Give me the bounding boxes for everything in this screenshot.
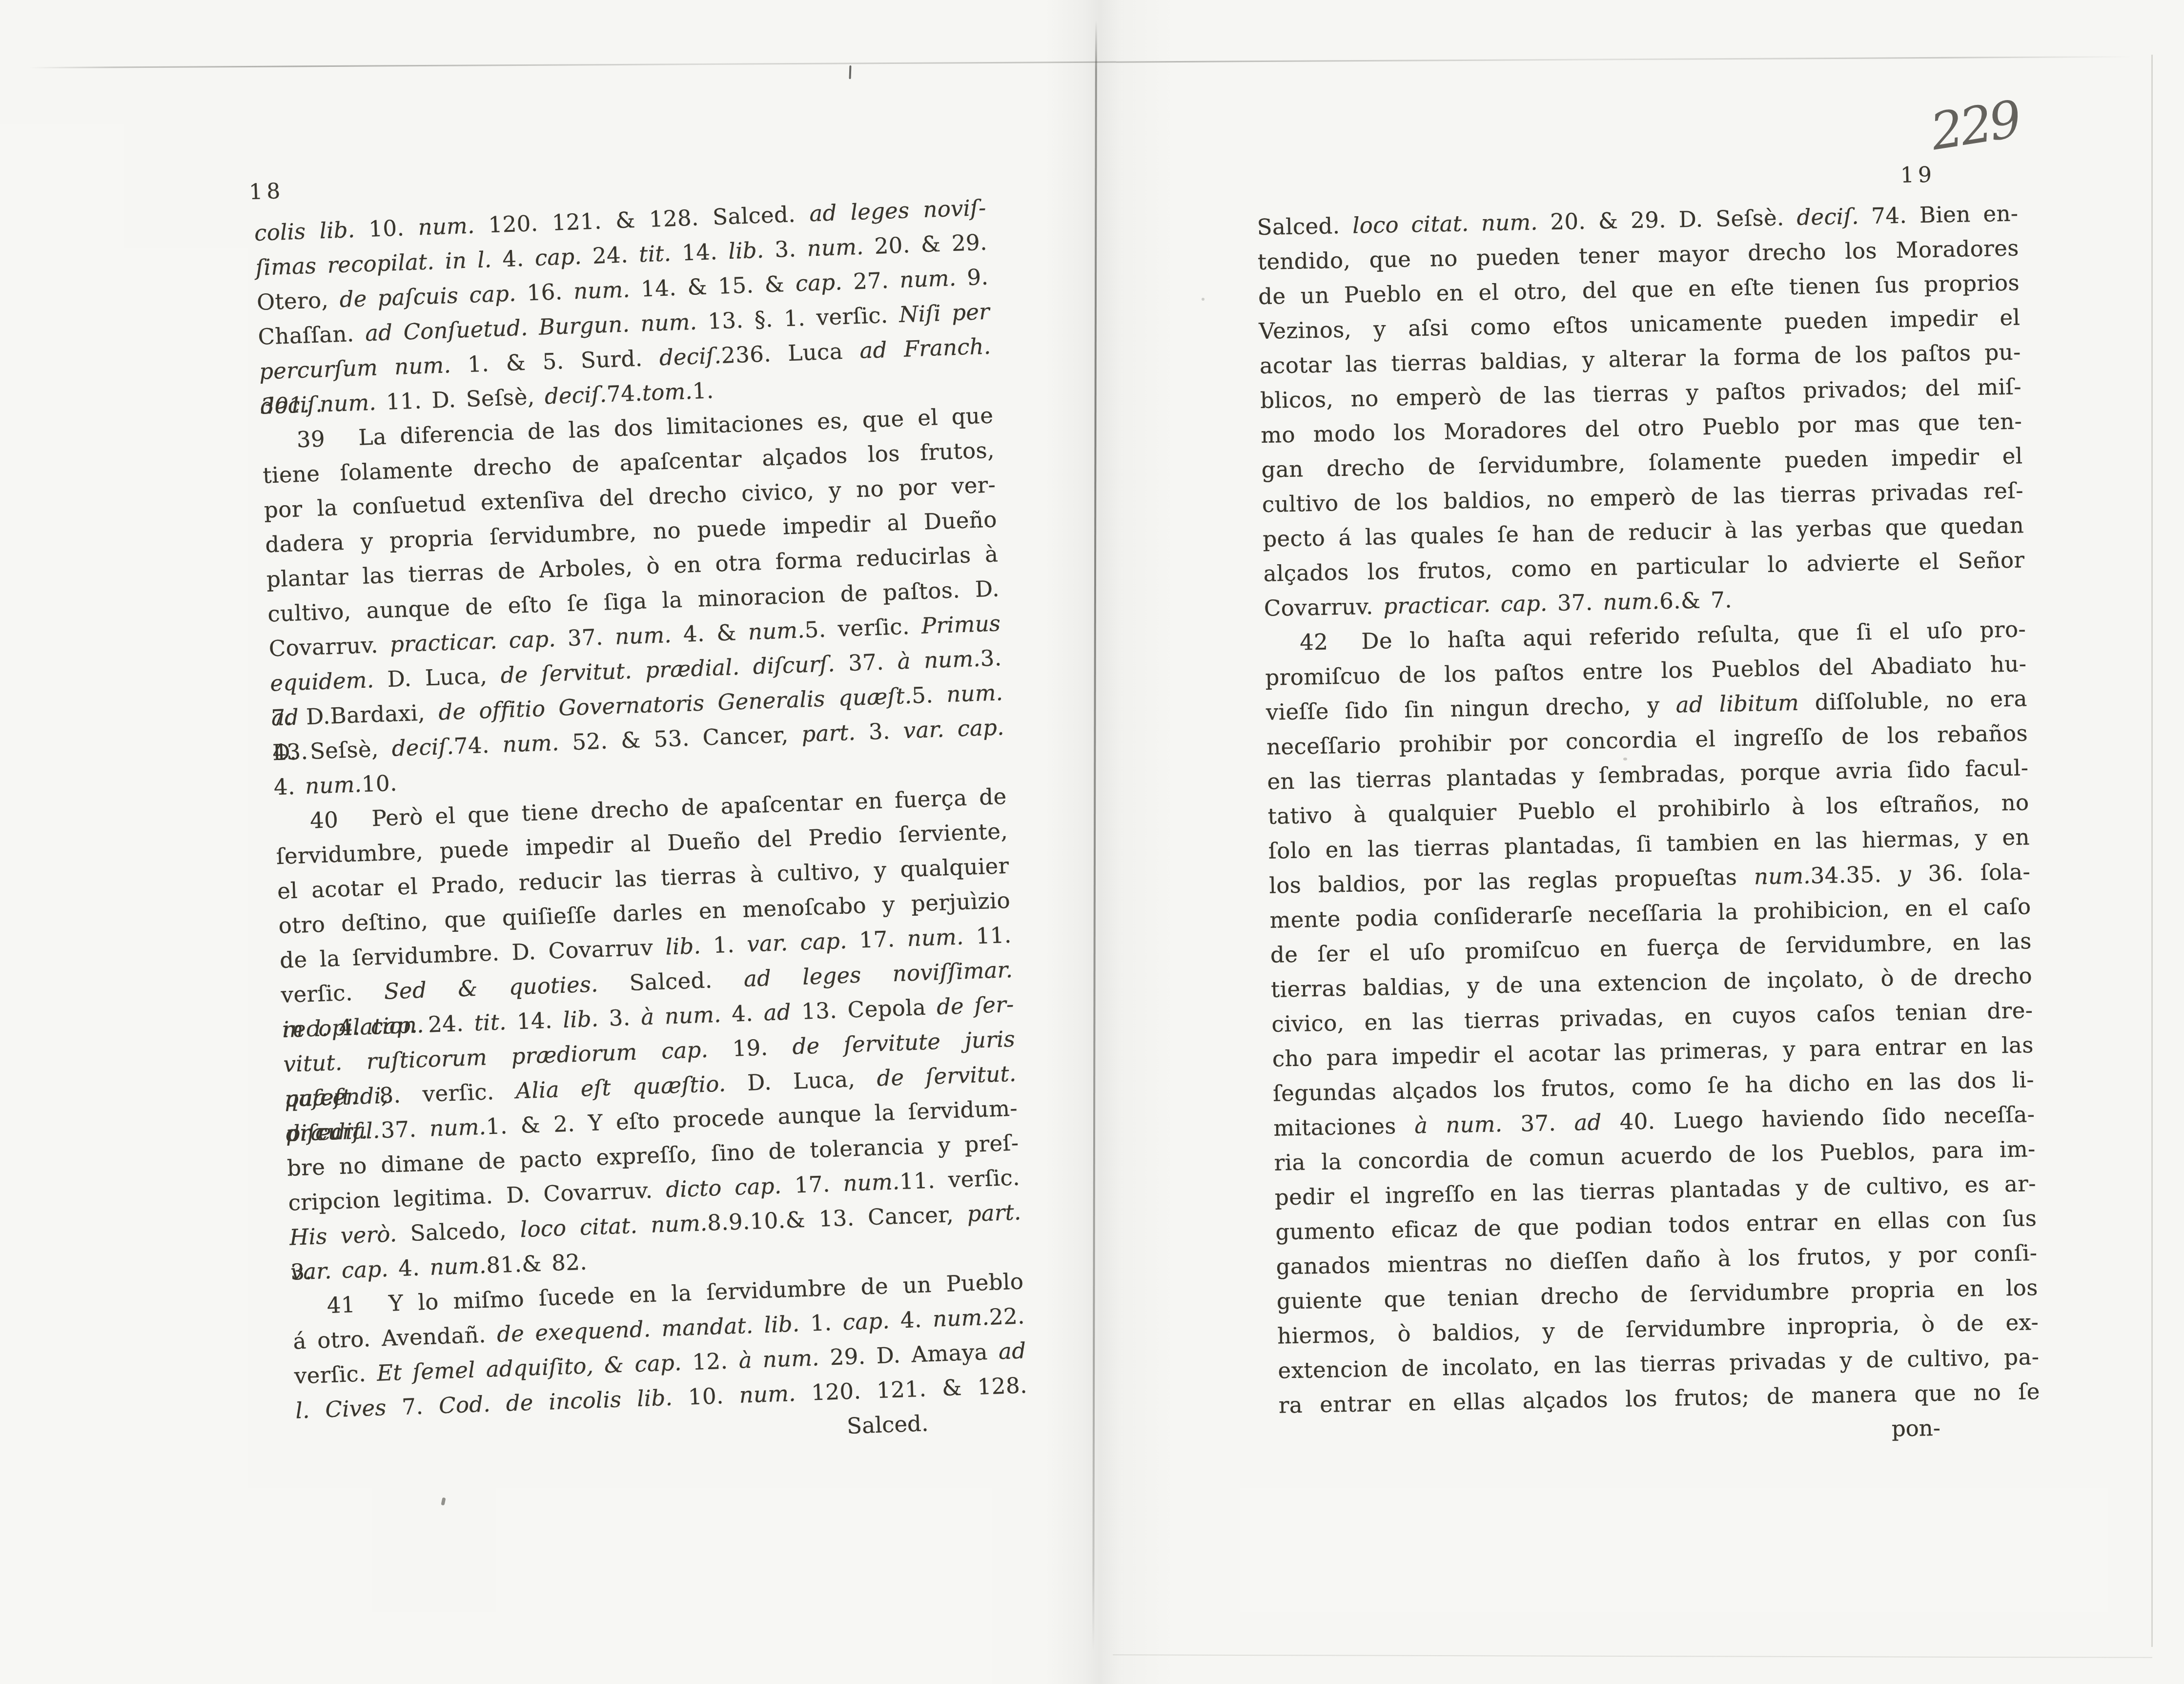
text-segment: l. Cives [295, 1394, 403, 1424]
text-segment: 4. [273, 773, 306, 800]
text-segment: 120. 121. & 128. [811, 1372, 1027, 1405]
text-segment: à num. [1414, 1110, 1521, 1138]
text-segment: 4. [398, 1254, 430, 1281]
text-segment: num. [807, 233, 875, 262]
text-segment: 74. [453, 732, 503, 759]
text-segment: mitaciones [1273, 1112, 1415, 1141]
text-segment: Otero, [256, 287, 340, 315]
text-segment: 10. [688, 1382, 740, 1410]
text-segment: 17. [859, 925, 908, 953]
text-segment: 74. [606, 380, 643, 407]
text-segment: 11. D. Seſsè, [386, 383, 545, 414]
text-segment: 14. [681, 238, 729, 266]
text-segment: colis lib. [254, 216, 369, 246]
text-segment: à num. [640, 1001, 732, 1030]
text-segment: Cod. de incolis lib. [438, 1384, 688, 1418]
text-segment: lib. [665, 932, 714, 960]
text-segment: 4. [338, 1014, 371, 1041]
page-number-right: 19 [1900, 163, 1936, 188]
text-segment: 37. [381, 1116, 430, 1143]
text-segment: 27. [853, 267, 900, 294]
text-segment: ad [998, 1337, 1026, 1364]
text-segment: 81.& 82. [486, 1249, 587, 1278]
text-segment: los baldios, por las reglas propueſtas [1269, 864, 1755, 899]
text-segment: 3. [609, 1004, 641, 1031]
page-number-left: 18 [248, 179, 285, 205]
text-segment: ad leges noviſ- [809, 195, 986, 227]
text-segment: num. [429, 1253, 487, 1280]
text-segment: 7. [401, 1393, 439, 1420]
text-segment: part. [967, 1199, 1021, 1227]
text-segment: num. [1754, 863, 1811, 889]
right-text-block: Salced. loco citat. num. 20. & 29. D. Se… [1257, 196, 2040, 1422]
text-segment: 7. D.Bardaxi, [271, 699, 439, 731]
text-segment: 17. [794, 1171, 843, 1198]
text-segment: 14. & 15. & [640, 270, 796, 302]
right-page-edge-line [2151, 55, 2153, 1647]
text-segment: num. [899, 265, 968, 293]
text-segment: diſcurſ. [286, 1117, 382, 1147]
text-segment: 20. & 29. [874, 229, 988, 259]
text-segment: 1. & 5. Surd. [467, 345, 660, 377]
text-segment: vieſſe ſido ſin ningun drecho, y [1265, 692, 1676, 725]
text-segment: deciſ. [544, 381, 607, 409]
text-segment: tit. [638, 240, 682, 267]
text-segment: à num. [738, 1344, 831, 1373]
text-segment: cap. [534, 243, 593, 271]
text-segment: num. [946, 679, 1003, 707]
text-segment: practicar. cap. [1383, 590, 1558, 619]
text-segment: ſimas recopilat. in l. [255, 246, 503, 281]
text-segment: 29. D. Amaya [830, 1338, 999, 1370]
text-segment: lib. [563, 1006, 610, 1033]
left-text-block: colis lib. 10. num. 120. 121. & 128. Sal… [254, 190, 1028, 1428]
text-segment: 6.& 7. [1659, 587, 1733, 614]
text-segment: dicto cap. [665, 1172, 795, 1203]
text-segment: 8.9.10.& 13. Cancer, [707, 1201, 967, 1236]
text-segment: num. [305, 771, 362, 799]
text-segment: verſic. [281, 979, 385, 1008]
text-segment: D. Luca, [387, 662, 501, 692]
text-segment: Alia eſt quæſtio. [515, 1070, 748, 1104]
text-segment: 24. [592, 242, 639, 269]
text-segment: 1. [810, 1309, 843, 1336]
text-segment: num. [502, 729, 572, 758]
text-segment: equidem. [270, 666, 388, 696]
text-segment: ad [1574, 1109, 1620, 1136]
text-segment: 19. [732, 1034, 793, 1062]
text-segment: num. [1603, 588, 1660, 615]
text-segment: Niſi per [898, 299, 990, 328]
text-segment: 5. [911, 681, 947, 708]
text-segment: 24. [428, 1010, 474, 1037]
text-segment: num. [932, 1304, 990, 1332]
text-segment: 4. & [683, 619, 749, 647]
text-segment: Primus [921, 610, 1001, 639]
text-segment: 20. & 29. D. Seſsè. [1550, 205, 1797, 235]
text-segment: var. cap. [903, 714, 1005, 743]
text-segment: 40. Luego haviendo ſido neceſſa- [1619, 1101, 2035, 1135]
text-segment: practicar. cap. [389, 625, 568, 657]
text-segment: in l. [282, 1015, 339, 1043]
text-segment: num. [843, 1169, 900, 1196]
text-segment: 3. [775, 235, 808, 262]
text-segment: cap. [370, 1012, 429, 1040]
page-left: 18 colis lib. 10. num. 120. 121. & 128. … [254, 190, 1029, 1463]
text-segment: de paſcuis cap. [339, 280, 528, 312]
text-segment: percurſum num. [259, 351, 468, 385]
text-segment: 37. [1520, 1109, 1574, 1136]
text-segment: cap. [842, 1307, 901, 1335]
text-segment: 4. [900, 1306, 933, 1333]
text-segment: 37. [1557, 589, 1603, 616]
text-segment: deciſ. [659, 343, 722, 370]
text-segment: num. [614, 621, 684, 650]
text-segment: num. [907, 923, 977, 951]
text-segment: Chaſſan. [258, 320, 366, 350]
text-segment: D. Luca, [747, 1066, 877, 1096]
text-segment: 37. [848, 649, 898, 676]
text-segment: 74. Bien en- [1871, 200, 2019, 229]
text-segment: 1. [692, 377, 714, 404]
text-segment: num. [573, 276, 641, 304]
text-segment: lib. [728, 237, 776, 264]
text-segment: Sed & quoties. [384, 970, 630, 1005]
text-segment: á otro. Avendañ. [293, 1321, 498, 1355]
text-segment: deciſ. [391, 733, 454, 761]
text-segment: tom. [642, 378, 693, 406]
text-segment: 10. [368, 214, 419, 242]
text-segment: 22. [989, 1303, 1025, 1330]
ink-speck [1202, 298, 1204, 301]
text-segment: loco citat. num. [1352, 209, 1551, 238]
text-segment: Salced. [629, 966, 744, 996]
text-segment: Salced. [1257, 212, 1353, 240]
text-segment: Covarruv. [268, 632, 390, 662]
text-segment: deciſ. [1796, 203, 1872, 230]
text-segment: 8. verſic. [379, 1078, 516, 1109]
text-segment: 52. & 53. Cancer, [572, 721, 802, 755]
text-segment: 11. [976, 922, 1012, 949]
text-segment: cap. [795, 268, 854, 296]
text-segment: 301. num. [260, 389, 387, 419]
text-segment: 13. Cepola [801, 994, 937, 1025]
text-segment: num. [429, 1114, 487, 1142]
text-segment: quæſt. [284, 1083, 380, 1112]
text-segment: 10. [361, 770, 398, 797]
text-segment: Salcedo, [410, 1216, 521, 1246]
text-segment: loco citat. num. [520, 1210, 708, 1242]
text-segment: 11. verſic. [899, 1164, 1020, 1194]
text-segment: num. [748, 617, 805, 645]
text-segment: 12. [692, 1348, 739, 1375]
text-segment: ad libitum [1675, 689, 1815, 718]
page-right: 19 Salced. loco citat. num. 20. & 29. D.… [1257, 196, 2041, 1457]
text-segment: 36. ſola- [1928, 859, 2031, 886]
text-segment: y [1898, 861, 1928, 887]
text-segment: Covarruv. [1264, 593, 1383, 621]
gutter-shadow [1044, 0, 1176, 1684]
text-segment: num. [739, 1380, 812, 1408]
text-segment: verſic. [294, 1360, 377, 1389]
text-segment: 5. verſic. [804, 613, 922, 643]
text-segment: 34.35. [1810, 861, 1898, 888]
text-segment: 4. [731, 1000, 764, 1027]
text-segment: 236. Luca [721, 338, 860, 369]
text-segment: var. cap. [746, 927, 859, 957]
text-segment: diſſoluble, no era [1815, 685, 2027, 715]
text-segment: 3. [980, 645, 1002, 671]
text-segment: His verò. [289, 1220, 411, 1251]
text-segment: var. cap. [290, 1255, 399, 1285]
text-segment: Et ſemel adquiſito, & cap. [376, 1349, 693, 1386]
text-segment: 14. [516, 1007, 563, 1034]
book-scan-background: 229 18 colis lib. 10. num. 120. 121. & 1… [0, 0, 2184, 1684]
text-segment: tit. [474, 1008, 517, 1036]
text-segment: 4. [502, 245, 535, 272]
text-segment: D. Seſsè, [272, 736, 392, 765]
text-segment: num. [418, 212, 489, 240]
text-segment: 3. [868, 718, 904, 744]
text-segment: 37. [567, 624, 615, 651]
text-segment: à num. [897, 646, 981, 675]
text-segment: de exequend. mandat. lib. [496, 1311, 811, 1347]
text-segment: 1. [713, 931, 747, 958]
text-segment: 16. [527, 278, 574, 306]
text-segment: part. [801, 719, 869, 747]
text-segment: 9. [967, 264, 989, 290]
text-segment: ad [763, 999, 802, 1026]
text-segment: 13. §. 1. verſic. [708, 302, 900, 334]
text-segment: de ſer- [936, 991, 1014, 1020]
